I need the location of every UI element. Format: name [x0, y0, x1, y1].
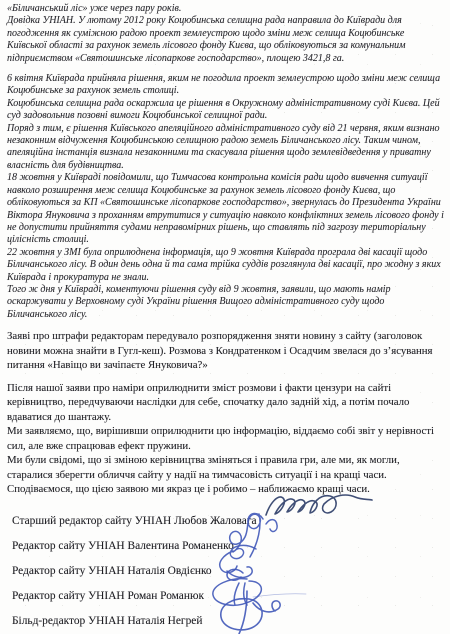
signatory-line: Редактор сайту УНІАН Наталія Овдієнко — [12, 564, 444, 589]
doc-paragraph: Довідка УНІАН. У лютому 2012 року Коцюби… — [7, 15, 444, 65]
doc-paragraph: «Біличанський ліс» уже через пару років. — [7, 3, 444, 15]
signatory-text: Більд-редактор УНІАН Наталія Негрей — [12, 615, 202, 627]
scanned-document-page: «Біличанський ліс» уже через пару років.… — [0, 0, 450, 634]
signatory-text: Редактор сайту УНІАН Роман Романюк — [12, 590, 204, 602]
signatory-text: Редактор сайту УНІАН Наталія Овдієнко — [12, 565, 212, 577]
signatory-text: Старший редактор сайту УНІАН Любов Жалов… — [12, 515, 257, 527]
doc-paragraph: 18 жовтня у Київраді повідомили, що Тимч… — [7, 172, 444, 246]
signature-block: Старший редактор сайту УНІАН Любов Жалов… — [7, 514, 444, 634]
doc-paragraph: Заяві про штрафи редакторам передувало р… — [7, 329, 444, 373]
doc-paragraph: Ми були свідомі, що зі зміною керівництв… — [7, 453, 444, 482]
doc-paragraph: Ми заявляємо, що, вирішивши оприлюднити … — [7, 424, 444, 453]
doc-paragraph: Після нашої заяви про наміри оприлюднити… — [7, 381, 444, 425]
signatory-line: Більд-редактор УНІАН Наталія Негрей — [12, 614, 444, 634]
doc-paragraph: 6 квітня Київрада прийняла рішення, яким… — [7, 73, 444, 98]
doc-paragraph: 22 жовтня у ЗМІ була оприлюднена інформа… — [7, 247, 444, 284]
doc-paragraph: Поряд з тим, є рішення Київського апеляц… — [7, 123, 444, 173]
doc-paragraph: Того ж дня у Київраді, коментуючи рішенн… — [7, 284, 444, 321]
doc-paragraph: Сподіваємося, що цією заявою ми якраз це… — [7, 482, 444, 497]
signatory-text: Редактор сайту УНІАН Валентина Романенко — [12, 540, 234, 552]
signatory-line: Старший редактор сайту УНІАН Любов Жалов… — [12, 514, 444, 539]
signatory-line: Редактор сайту УНІАН Роман Романюк — [12, 589, 444, 614]
doc-paragraph: Коцюбинська селищна рада оскаржила це рі… — [7, 98, 444, 123]
signature-scribble-1 — [266, 495, 372, 515]
signatory-line: Редактор сайту УНІАН Валентина Романенко — [12, 539, 444, 564]
